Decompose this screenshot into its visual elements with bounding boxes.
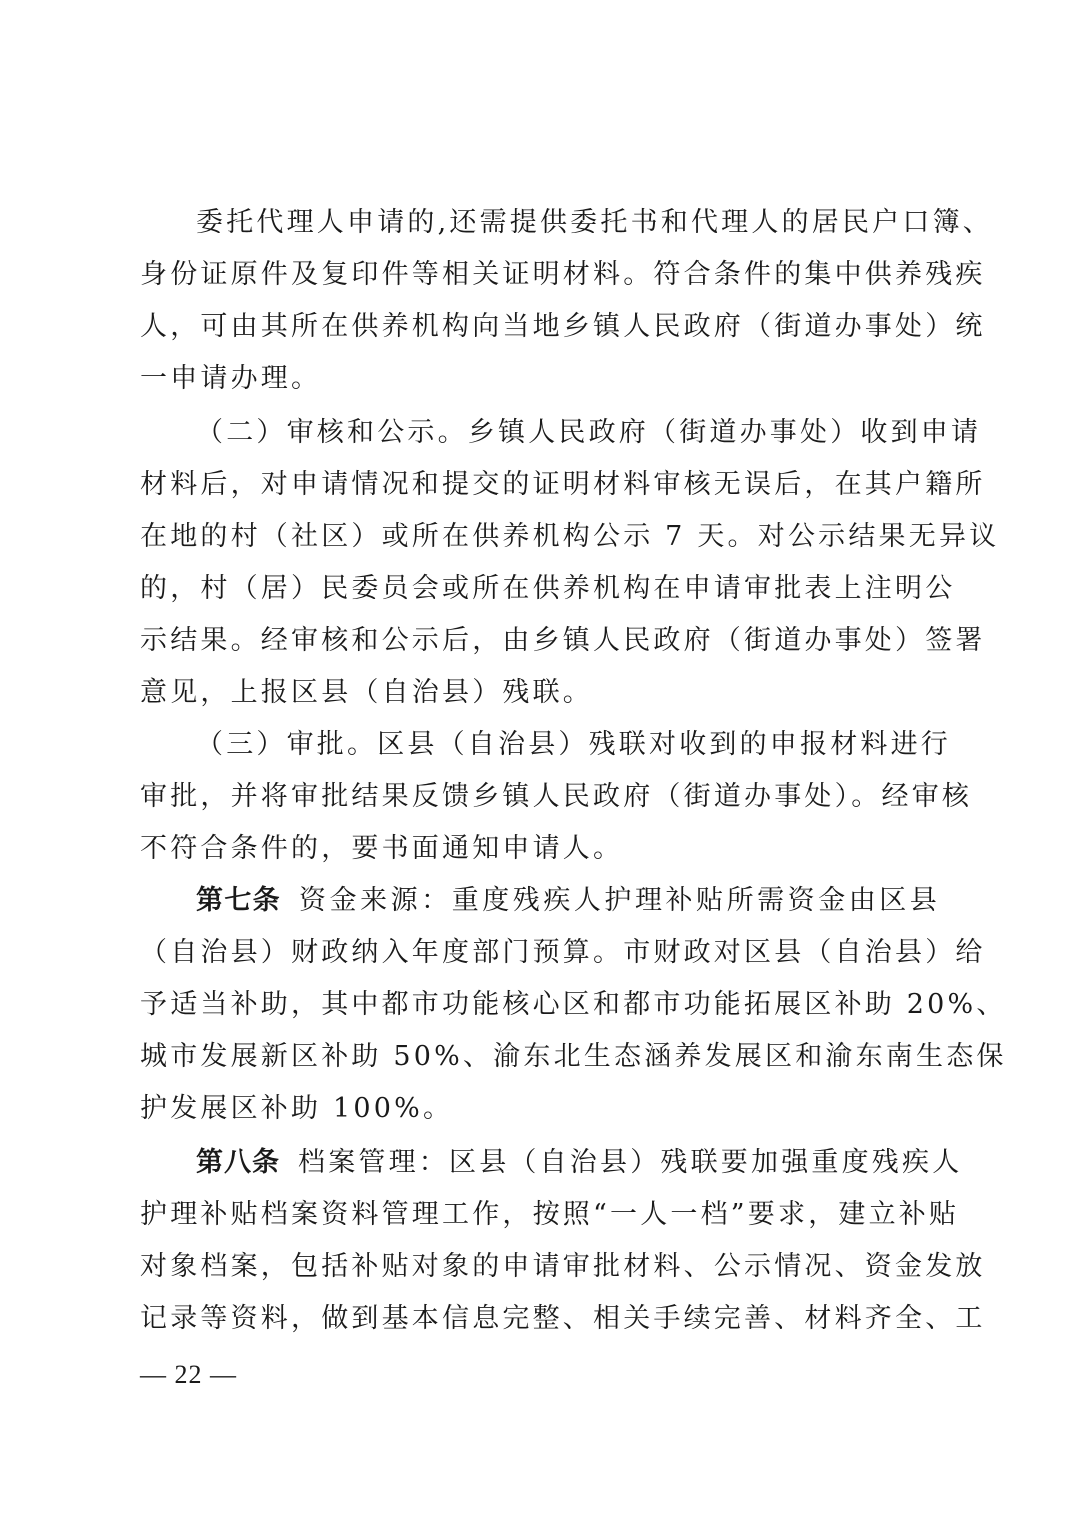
text-line: （二）审核和公示。乡镇人民政府（街道办事处）收到申请 — [196, 415, 940, 451]
text-line: 审批，并将审批结果反馈乡镇人民政府（街道办事处）。经审核 — [140, 779, 940, 815]
article-7-heading: 第七条 — [196, 885, 281, 916]
text-line: 示结果。经审核和公示后，由乡镇人民政府（街道办事处）签署 — [140, 623, 940, 659]
text-line: 人，可由其所在供养机构向当地乡镇人民政府（街道办事处）统 — [140, 309, 940, 345]
article-7-first-line: 第七条资金来源：重度残疾人护理补贴所需资金由区县 — [196, 883, 940, 919]
text-line: 身份证原件及复印件等相关证明材料。符合条件的集中供养残疾 — [140, 257, 940, 293]
text-line: 的，村（居）民委员会或所在供养机构在申请审批表上注明公 — [140, 571, 940, 607]
text-line: 材料后，对申请情况和提交的证明材料审核无误后，在其户籍所 — [140, 467, 940, 503]
article-8-text: 档案管理：区县（自治县）残联要加强重度残疾人 — [298, 1147, 962, 1178]
article-7-text: 资金来源：重度残疾人护理补贴所需资金由区县 — [299, 885, 940, 916]
text-line: 护理补贴档案资料管理工作，按照“一人一档”要求，建立补贴 — [140, 1197, 940, 1233]
text-line: 委托代理人申请的,还需提供委托书和代理人的居民户口簿、 — [196, 205, 940, 241]
article-8-heading: 第八条 — [196, 1147, 280, 1178]
text-line: （三）审批。区县（自治县）残联对收到的申报材料进行 — [196, 727, 940, 763]
text-line: 城市发展新区补助 50%、渝东北生态涵养发展区和渝东南生态保 — [140, 1039, 940, 1075]
document-page: 委托代理人申请的,还需提供委托书和代理人的居民户口簿、身份证原件及复印件等相关证… — [0, 0, 1074, 1520]
text-line: 护发展区补助 100%。 — [140, 1091, 940, 1127]
article-8-first-line: 第八条档案管理：区县（自治县）残联要加强重度残疾人 — [196, 1145, 940, 1181]
text-line: 记录等资料，做到基本信息完整、相关手续完善、材料齐全、工 — [140, 1301, 940, 1337]
text-line: 意见，上报区县（自治县）残联。 — [140, 675, 940, 711]
text-line: 对象档案，包括补贴对象的申请审批材料、公示情况、资金发放 — [140, 1249, 940, 1285]
text-line: 在地的村（社区）或所在供养机构公示 7 天。对公示结果无异议 — [140, 519, 940, 555]
text-line: （自治县）财政纳入年度部门预算。市财政对区县（自治县）给 — [140, 935, 940, 971]
text-line: 一申请办理。 — [140, 361, 940, 397]
text-line: 予适当补助，其中都市功能核心区和都市功能拓展区补助 20%、 — [140, 987, 940, 1023]
text-line: 不符合条件的，要书面通知申请人。 — [140, 831, 940, 867]
page-number: — 22 — — [140, 1357, 237, 1393]
